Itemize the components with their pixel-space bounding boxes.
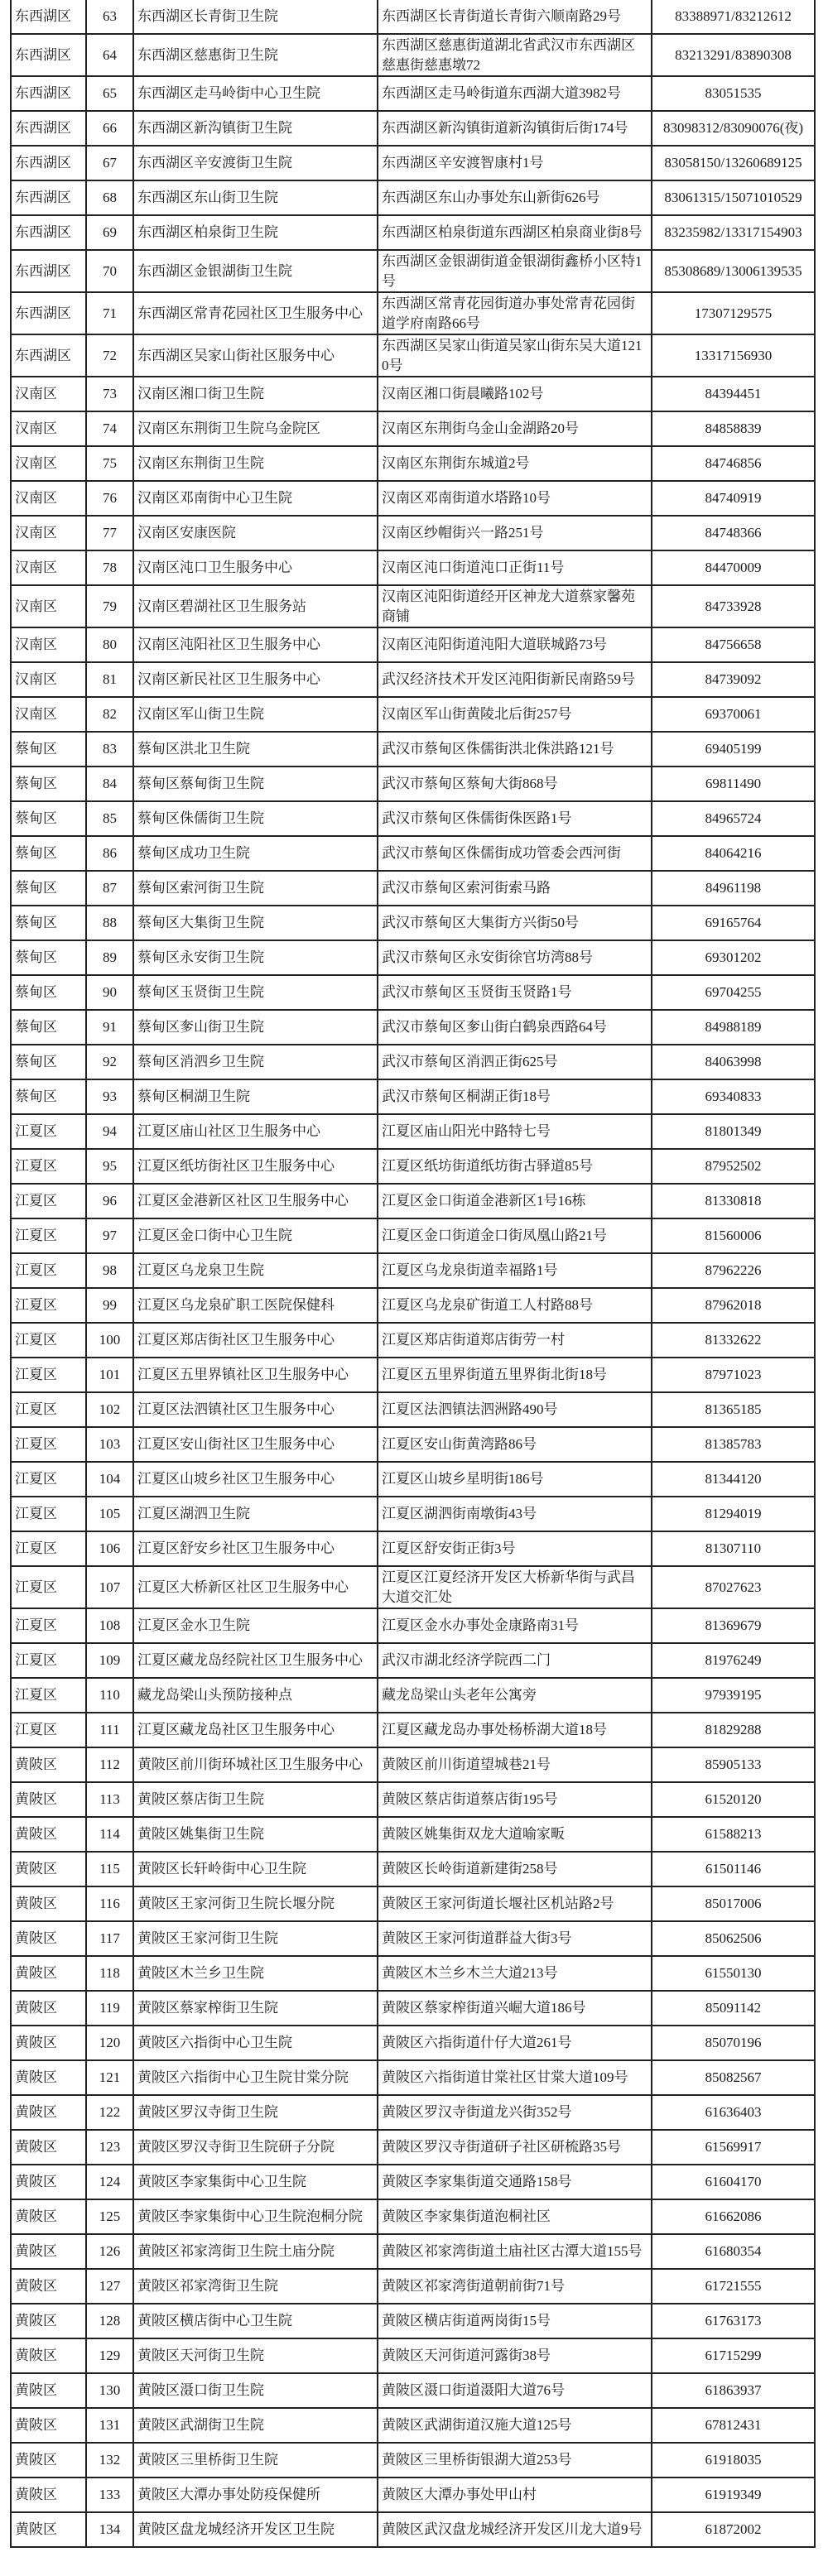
phone-cell: 81294019 bbox=[652, 1497, 815, 1531]
phone-cell: 84858839 bbox=[652, 411, 815, 446]
table-row: 黄陂区 134 黄陂区盘龙城经济开发区卫生院 黄陂区武汉盘龙城经济开发区川龙大道… bbox=[11, 2512, 815, 2547]
facility-name-cell: 黄陂区王家河街卫生院 bbox=[133, 1921, 378, 1956]
district-cell: 江夏区 bbox=[11, 1392, 86, 1427]
table-row: 黄陂区 133 黄陂区大潭办事处防疫保健所 黄陂区大潭办事处甲山村 619193… bbox=[11, 2477, 815, 2512]
row-number-cell: 123 bbox=[86, 2130, 133, 2165]
table-row: 蔡甸区 88 蔡甸区大集街卫生院 武汉市蔡甸区大集街方兴街50号 6916576… bbox=[11, 906, 815, 940]
facility-name-cell: 汉南区碧湖社区卫生服务站 bbox=[133, 585, 378, 627]
district-cell: 东西湖区 bbox=[11, 34, 86, 76]
district-cell: 黄陂区 bbox=[11, 2443, 86, 2477]
table-row: 汉南区 80 汉南区沌阳社区卫生服务中心 汉南区沌阳街道沌阳大道联城路73号 8… bbox=[11, 627, 815, 662]
district-cell: 黄陂区 bbox=[11, 2026, 86, 2060]
row-number-cell: 63 bbox=[86, 0, 133, 34]
row-number-cell: 77 bbox=[86, 516, 133, 550]
table-row: 江夏区 102 江夏区法泗镇社区卫生服务中心 江夏区法泗镇法泗洲路490号 81… bbox=[11, 1392, 815, 1427]
table-row: 东西湖区 69 东西湖区柏泉街卫生院 东西湖区柏泉街道东西湖区柏泉商业街8号 8… bbox=[11, 215, 815, 250]
table-row: 江夏区 96 江夏区金港新区社区卫生服务中心 江夏区金口街道金港新区1号16栋 … bbox=[11, 1184, 815, 1218]
row-number-cell: 68 bbox=[86, 180, 133, 215]
facility-name-cell: 江夏区庙山社区卫生服务中心 bbox=[133, 1114, 378, 1149]
district-cell: 东西湖区 bbox=[11, 111, 86, 146]
district-cell: 江夏区 bbox=[11, 1497, 86, 1531]
table-row: 东西湖区 65 东西湖区走马岭街中心卫生院 东西湖区走马岭街道东西湖大道3982… bbox=[11, 76, 815, 111]
phone-cell: 84756658 bbox=[652, 627, 815, 662]
row-number-cell: 113 bbox=[86, 1782, 133, 1817]
district-cell: 黄陂区 bbox=[11, 2408, 86, 2443]
phone-cell: 61550130 bbox=[652, 1956, 815, 1991]
facility-name-cell: 汉南区沌阳社区卫生服务中心 bbox=[133, 627, 378, 662]
address-cell: 黄陂区大潭办事处甲山村 bbox=[378, 2477, 652, 2512]
phone-cell: 85062506 bbox=[652, 1921, 815, 1956]
phone-cell: 61636403 bbox=[652, 2095, 815, 2130]
row-number-cell: 115 bbox=[86, 1852, 133, 1886]
facility-name-cell: 蔡甸区永安街卫生院 bbox=[133, 940, 378, 975]
table-row: 蔡甸区 90 蔡甸区玉贤街卫生院 武汉市蔡甸区玉贤街玉贤路1号 69704255 bbox=[11, 975, 815, 1010]
phone-cell: 83235982/13317154903 bbox=[652, 215, 815, 250]
row-number-cell: 75 bbox=[86, 446, 133, 481]
phone-cell: 61569917 bbox=[652, 2130, 815, 2165]
district-cell: 黄陂区 bbox=[11, 2060, 86, 2095]
table-row: 江夏区 110 藏龙岛梁山头预防接种点 藏龙岛梁山头老年公寓旁 97939195 bbox=[11, 1678, 815, 1713]
phone-cell: 61662086 bbox=[652, 2199, 815, 2234]
phone-cell: 85082567 bbox=[652, 2060, 815, 2095]
address-cell: 武汉市蔡甸区索河街索马路 bbox=[378, 871, 652, 906]
address-cell: 江夏区法泗镇法泗洲路490号 bbox=[378, 1392, 652, 1427]
facility-name-cell: 蔡甸区蔡甸街卫生院 bbox=[133, 767, 378, 801]
row-number-cell: 82 bbox=[86, 697, 133, 732]
phone-cell: 84733928 bbox=[652, 585, 815, 627]
address-cell: 东西湖区吴家山街道吴家山街东吴大道1210号 bbox=[378, 334, 652, 377]
district-cell: 江夏区 bbox=[11, 1713, 86, 1747]
address-cell: 武汉市蔡甸区大集街方兴街50号 bbox=[378, 906, 652, 940]
row-number-cell: 130 bbox=[86, 2373, 133, 2408]
address-cell: 江夏区藏龙岛办事处杨桥湖大道18号 bbox=[378, 1713, 652, 1747]
facility-name-cell: 黄陂区姚集街卫生院 bbox=[133, 1817, 378, 1852]
address-cell: 江夏区庙山阳光中路特七号 bbox=[378, 1114, 652, 1149]
address-cell: 东西湖区柏泉街道东西湖区柏泉商业街8号 bbox=[378, 215, 652, 250]
row-number-cell: 100 bbox=[86, 1323, 133, 1358]
facility-name-cell: 蔡甸区索河街卫生院 bbox=[133, 871, 378, 906]
facility-name-cell: 蔡甸区奓山街卫生院 bbox=[133, 1010, 378, 1045]
facility-name-cell: 蔡甸区大集街卫生院 bbox=[133, 906, 378, 940]
address-cell: 武汉经济技术开发区沌阳街新民南路59号 bbox=[378, 662, 652, 697]
row-number-cell: 102 bbox=[86, 1392, 133, 1427]
row-number-cell: 126 bbox=[86, 2234, 133, 2269]
row-number-cell: 89 bbox=[86, 940, 133, 975]
row-number-cell: 112 bbox=[86, 1747, 133, 1782]
facility-name-cell: 东西湖区柏泉街卫生院 bbox=[133, 215, 378, 250]
facility-name-cell: 黄陂区祁家湾街卫生院 bbox=[133, 2269, 378, 2304]
facility-name-cell: 江夏区藏龙岛经院社区卫生服务中心 bbox=[133, 1643, 378, 1678]
row-number-cell: 70 bbox=[86, 250, 133, 292]
table-row: 黄陂区 130 黄陂区滠口街卫生院 黄陂区滠口街道滠阳大道76号 6186393… bbox=[11, 2373, 815, 2408]
table-row: 东西湖区 63 东西湖区长青街卫生院 东西湖区长青街道长青街六顺南路29号 83… bbox=[11, 0, 815, 34]
facility-name-cell: 蔡甸区桐湖卫生院 bbox=[133, 1079, 378, 1114]
phone-cell: 81332622 bbox=[652, 1323, 815, 1358]
row-number-cell: 73 bbox=[86, 377, 133, 411]
address-cell: 武汉市湖北经济学院西二门 bbox=[378, 1643, 652, 1678]
facility-name-cell: 江夏区金水卫生院 bbox=[133, 1608, 378, 1643]
row-number-cell: 64 bbox=[86, 34, 133, 76]
facility-name-cell: 藏龙岛梁山头预防接种点 bbox=[133, 1678, 378, 1713]
district-cell: 江夏区 bbox=[11, 1678, 86, 1713]
address-cell: 江夏区郑店街道郑店街劳一村 bbox=[378, 1323, 652, 1358]
district-cell: 汉南区 bbox=[11, 411, 86, 446]
row-number-cell: 91 bbox=[86, 1010, 133, 1045]
table-row: 蔡甸区 89 蔡甸区永安街卫生院 武汉市蔡甸区永安街徐官坊湾88号 693012… bbox=[11, 940, 815, 975]
row-number-cell: 88 bbox=[86, 906, 133, 940]
row-number-cell: 118 bbox=[86, 1956, 133, 1991]
district-cell: 汉南区 bbox=[11, 377, 86, 411]
district-cell: 江夏区 bbox=[11, 1253, 86, 1288]
row-number-cell: 134 bbox=[86, 2512, 133, 2547]
district-cell: 蔡甸区 bbox=[11, 801, 86, 836]
phone-cell: 87962226 bbox=[652, 1253, 815, 1288]
phone-cell: 87971023 bbox=[652, 1358, 815, 1392]
district-cell: 江夏区 bbox=[11, 1427, 86, 1462]
district-cell: 黄陂区 bbox=[11, 2304, 86, 2338]
phone-cell: 83213291/83890308 bbox=[652, 34, 815, 76]
phone-cell: 69165764 bbox=[652, 906, 815, 940]
address-cell: 藏龙岛梁山头老年公寓旁 bbox=[378, 1678, 652, 1713]
table-row: 江夏区 104 江夏区山坡乡社区卫生服务中心 江夏区山坡乡星明街186号 813… bbox=[11, 1462, 815, 1497]
phone-cell: 85070196 bbox=[652, 2026, 815, 2060]
phone-cell: 81344120 bbox=[652, 1462, 815, 1497]
district-cell: 东西湖区 bbox=[11, 215, 86, 250]
table-row: 黄陂区 112 黄陂区前川街环城社区卫生服务中心 黄陂区前川街道望城巷21号 8… bbox=[11, 1747, 815, 1782]
facility-name-cell: 东西湖区常青花园社区卫生服务中心 bbox=[133, 292, 378, 334]
address-cell: 黄陂区李家集街道交通路158号 bbox=[378, 2165, 652, 2199]
facility-name-cell: 江夏区乌龙泉卫生院 bbox=[133, 1253, 378, 1288]
district-cell: 黄陂区 bbox=[11, 2338, 86, 2373]
facility-name-cell: 江夏区五里界镇社区卫生服务中心 bbox=[133, 1358, 378, 1392]
facility-name-cell: 黄陂区李家集街中心卫生院 bbox=[133, 2165, 378, 2199]
row-number-cell: 114 bbox=[86, 1817, 133, 1852]
district-cell: 东西湖区 bbox=[11, 146, 86, 180]
address-cell: 黄陂区横店街道两岗街15号 bbox=[378, 2304, 652, 2338]
phone-cell: 61520120 bbox=[652, 1782, 815, 1817]
district-cell: 蔡甸区 bbox=[11, 1010, 86, 1045]
phone-cell: 83058150/13260689125 bbox=[652, 146, 815, 180]
row-number-cell: 121 bbox=[86, 2060, 133, 2095]
table-row: 江夏区 94 江夏区庙山社区卫生服务中心 江夏区庙山阳光中路特七号 818013… bbox=[11, 1114, 815, 1149]
phone-cell: 84965724 bbox=[652, 801, 815, 836]
table-row: 汉南区 78 汉南区沌口卫生服务中心 汉南区沌口街道沌口正街11号 844700… bbox=[11, 550, 815, 585]
address-cell: 武汉市蔡甸区消泗正街625号 bbox=[378, 1045, 652, 1079]
address-cell: 黄陂区长岭街道新建街258号 bbox=[378, 1852, 652, 1886]
address-cell: 武汉市蔡甸区永安街徐官坊湾88号 bbox=[378, 940, 652, 975]
address-cell: 武汉市蔡甸区侏儒街洪北侏洪路121号 bbox=[378, 732, 652, 767]
row-number-cell: 109 bbox=[86, 1643, 133, 1678]
address-cell: 黄陂区六指街道甘棠社区甘棠大道109号 bbox=[378, 2060, 652, 2095]
row-number-cell: 81 bbox=[86, 662, 133, 697]
facility-name-cell: 江夏区安山街社区卫生服务中心 bbox=[133, 1427, 378, 1462]
address-cell: 汉南区东荆街东城道2号 bbox=[378, 446, 652, 481]
row-number-cell: 93 bbox=[86, 1079, 133, 1114]
district-cell: 黄陂区 bbox=[11, 2373, 86, 2408]
phone-cell: 81369679 bbox=[652, 1608, 815, 1643]
row-number-cell: 106 bbox=[86, 1531, 133, 1566]
row-number-cell: 96 bbox=[86, 1184, 133, 1218]
address-cell: 江夏区乌龙泉街道幸福路1号 bbox=[378, 1253, 652, 1288]
district-cell: 江夏区 bbox=[11, 1358, 86, 1392]
table-row: 黄陂区 116 黄陂区王家河街卫生院长堰分院 黄陂区王家河街道长堰社区机站路2号… bbox=[11, 1886, 815, 1921]
row-number-cell: 101 bbox=[86, 1358, 133, 1392]
phone-cell: 81801349 bbox=[652, 1114, 815, 1149]
table-row: 黄陂区 119 黄陂区蔡家榨街卫生院 黄陂区蔡家榨街道兴崛大道186号 8509… bbox=[11, 1991, 815, 2026]
row-number-cell: 97 bbox=[86, 1218, 133, 1253]
facility-name-cell: 黄陂区盘龙城经济开发区卫生院 bbox=[133, 2512, 378, 2547]
facility-name-cell: 黄陂区罗汉寺街卫生院 bbox=[133, 2095, 378, 2130]
district-cell: 江夏区 bbox=[11, 1531, 86, 1566]
address-cell: 江夏区金水办事处金康路南31号 bbox=[378, 1608, 652, 1643]
phone-cell: 84740919 bbox=[652, 481, 815, 516]
address-cell: 东西湖区长青街道长青街六顺南路29号 bbox=[378, 0, 652, 34]
row-number-cell: 110 bbox=[86, 1678, 133, 1713]
table-row: 汉南区 73 汉南区湘口街卫生院 汉南区湘口街晨曦路102号 84394451 bbox=[11, 377, 815, 411]
facility-name-cell: 黄陂区长轩岭街中心卫生院 bbox=[133, 1852, 378, 1886]
facility-name-cell: 黄陂区王家河街卫生院长堰分院 bbox=[133, 1886, 378, 1921]
phone-cell: 85905133 bbox=[652, 1747, 815, 1782]
table-row: 汉南区 81 汉南区新民社区卫生服务中心 武汉经济技术开发区沌阳街新民南路59号… bbox=[11, 662, 815, 697]
facility-name-cell: 东西湖区东山街卫生院 bbox=[133, 180, 378, 215]
facility-name-cell: 汉南区安康医院 bbox=[133, 516, 378, 550]
address-cell: 黄陂区王家河街道群益大街3号 bbox=[378, 1921, 652, 1956]
district-cell: 东西湖区 bbox=[11, 76, 86, 111]
table-row: 黄陂区 131 黄陂区武湖街卫生院 黄陂区武湖街道汉施大道125号 678124… bbox=[11, 2408, 815, 2443]
district-cell: 江夏区 bbox=[11, 1114, 86, 1149]
address-cell: 江夏区舒安街正街3号 bbox=[378, 1531, 652, 1566]
table-row: 汉南区 74 汉南区东荆街卫生院乌金院区 汉南区东荆街乌金山金湖路20号 848… bbox=[11, 411, 815, 446]
phone-cell: 13317156930 bbox=[652, 334, 815, 377]
district-cell: 江夏区 bbox=[11, 1218, 86, 1253]
row-number-cell: 129 bbox=[86, 2338, 133, 2373]
table-row: 蔡甸区 87 蔡甸区索河街卫生院 武汉市蔡甸区索河街索马路 84961198 bbox=[11, 871, 815, 906]
table-row: 黄陂区 118 黄陂区木兰乡卫生院 黄陂区木兰乡木兰大道213号 6155013… bbox=[11, 1956, 815, 1991]
phone-cell: 61715299 bbox=[652, 2338, 815, 2373]
row-number-cell: 67 bbox=[86, 146, 133, 180]
phone-cell: 84394451 bbox=[652, 377, 815, 411]
table-row: 蔡甸区 83 蔡甸区洪北卫生院 武汉市蔡甸区侏儒街洪北侏洪路121号 69405… bbox=[11, 732, 815, 767]
district-cell: 黄陂区 bbox=[11, 1921, 86, 1956]
facility-name-cell: 黄陂区三里桥街卫生院 bbox=[133, 2443, 378, 2477]
table-row: 江夏区 103 江夏区安山街社区卫生服务中心 江夏区安山街黄湾路86号 8138… bbox=[11, 1427, 815, 1462]
phone-cell: 61588213 bbox=[652, 1817, 815, 1852]
phone-cell: 69405199 bbox=[652, 732, 815, 767]
row-number-cell: 119 bbox=[86, 1991, 133, 2026]
phone-cell: 87952502 bbox=[652, 1149, 815, 1184]
phone-cell: 84064216 bbox=[652, 836, 815, 871]
district-cell: 蔡甸区 bbox=[11, 1079, 86, 1114]
phone-cell: 84063998 bbox=[652, 1045, 815, 1079]
table-row: 汉南区 82 汉南区军山街卫生院 汉南区军山街黄陵北后街257号 6937006… bbox=[11, 697, 815, 732]
table-row: 汉南区 76 汉南区邓南街中心卫生院 汉南区邓南街道水塔路10号 8474091… bbox=[11, 481, 815, 516]
table-row: 江夏区 108 江夏区金水卫生院 江夏区金水办事处金康路南31号 8136967… bbox=[11, 1608, 815, 1643]
address-cell: 黄陂区武湖街道汉施大道125号 bbox=[378, 2408, 652, 2443]
row-number-cell: 116 bbox=[86, 1886, 133, 1921]
row-number-cell: 108 bbox=[86, 1608, 133, 1643]
address-cell: 黄陂区祁家湾街道朝前街71号 bbox=[378, 2269, 652, 2304]
facility-name-cell: 黄陂区祁家湾街卫生院土庙分院 bbox=[133, 2234, 378, 2269]
facility-name-cell: 东西湖区慈惠街卫生院 bbox=[133, 34, 378, 76]
address-cell: 江夏区江夏经济开发区大桥新华街与武昌大道交汇处 bbox=[378, 1566, 652, 1608]
row-number-cell: 124 bbox=[86, 2165, 133, 2199]
row-number-cell: 86 bbox=[86, 836, 133, 871]
district-cell: 蔡甸区 bbox=[11, 940, 86, 975]
district-cell: 江夏区 bbox=[11, 1323, 86, 1358]
phone-cell: 69811490 bbox=[652, 767, 815, 801]
district-cell: 蔡甸区 bbox=[11, 906, 86, 940]
row-number-cell: 66 bbox=[86, 111, 133, 146]
row-number-cell: 107 bbox=[86, 1566, 133, 1608]
district-cell: 汉南区 bbox=[11, 697, 86, 732]
district-cell: 江夏区 bbox=[11, 1566, 86, 1608]
facility-name-cell: 蔡甸区侏儒街卫生院 bbox=[133, 801, 378, 836]
table-row: 江夏区 105 江夏区湖泗卫生院 江夏区湖泗街南墩街43号 81294019 bbox=[11, 1497, 815, 1531]
phone-cell: 84746856 bbox=[652, 446, 815, 481]
address-cell: 东西湖区辛安渡智康村1号 bbox=[378, 146, 652, 180]
phone-cell: 69370061 bbox=[652, 697, 815, 732]
phone-cell: 84739092 bbox=[652, 662, 815, 697]
phone-cell: 81330818 bbox=[652, 1184, 815, 1218]
district-cell: 汉南区 bbox=[11, 627, 86, 662]
phone-cell: 81560006 bbox=[652, 1218, 815, 1253]
district-cell: 江夏区 bbox=[11, 1608, 86, 1643]
table-row: 东西湖区 66 东西湖区新沟镇街卫生院 东西湖区新沟镇街道新沟镇街后街174号 … bbox=[11, 111, 815, 146]
facility-name-cell: 东西湖区辛安渡街卫生院 bbox=[133, 146, 378, 180]
facility-name-cell: 黄陂区木兰乡卫生院 bbox=[133, 1956, 378, 1991]
row-number-cell: 72 bbox=[86, 334, 133, 377]
address-cell: 黄陂区罗汉寺街道龙兴街352号 bbox=[378, 2095, 652, 2130]
facility-name-cell: 黄陂区蔡店街卫生院 bbox=[133, 1782, 378, 1817]
facility-name-cell: 东西湖区吴家山街社区服务中心 bbox=[133, 334, 378, 377]
table-row: 东西湖区 68 东西湖区东山街卫生院 东西湖区东山办事处东山新街626号 830… bbox=[11, 180, 815, 215]
address-cell: 黄陂区李家集街道泡桐社区 bbox=[378, 2199, 652, 2234]
address-cell: 黄陂区前川街道望城巷21号 bbox=[378, 1747, 652, 1782]
phone-cell: 61721555 bbox=[652, 2269, 815, 2304]
row-number-cell: 111 bbox=[86, 1713, 133, 1747]
facility-name-cell: 黄陂区蔡家榨街卫生院 bbox=[133, 1991, 378, 2026]
facility-name-cell: 江夏区大桥新区社区卫生服务中心 bbox=[133, 1566, 378, 1608]
address-cell: 东西湖区慈惠街道湖北省武汉市东西湖区慈惠街慈惠墩72 bbox=[378, 34, 652, 76]
phone-cell: 61918035 bbox=[652, 2443, 815, 2477]
district-cell: 江夏区 bbox=[11, 1462, 86, 1497]
table-row: 黄陂区 124 黄陂区李家集街中心卫生院 黄陂区李家集街道交通路158号 616… bbox=[11, 2165, 815, 2199]
district-cell: 黄陂区 bbox=[11, 1782, 86, 1817]
facility-name-cell: 黄陂区滠口街卫生院 bbox=[133, 2373, 378, 2408]
row-number-cell: 71 bbox=[86, 292, 133, 334]
district-cell: 江夏区 bbox=[11, 1184, 86, 1218]
facility-name-cell: 东西湖区金银湖街卫生院 bbox=[133, 250, 378, 292]
table-row: 蔡甸区 92 蔡甸区消泗乡卫生院 武汉市蔡甸区消泗正街625号 84063998 bbox=[11, 1045, 815, 1079]
table-row: 蔡甸区 91 蔡甸区奓山街卫生院 武汉市蔡甸区奓山街白鹤泉西路64号 84988… bbox=[11, 1010, 815, 1045]
row-number-cell: 95 bbox=[86, 1149, 133, 1184]
district-cell: 黄陂区 bbox=[11, 2477, 86, 2512]
table-row: 汉南区 77 汉南区安康医院 汉南区纱帽街兴一路251号 84748366 bbox=[11, 516, 815, 550]
phone-cell: 84470009 bbox=[652, 550, 815, 585]
district-cell: 江夏区 bbox=[11, 1288, 86, 1323]
district-cell: 东西湖区 bbox=[11, 250, 86, 292]
district-cell: 东西湖区 bbox=[11, 334, 86, 377]
phone-cell: 61501146 bbox=[652, 1852, 815, 1886]
facility-name-cell: 蔡甸区洪北卫生院 bbox=[133, 732, 378, 767]
address-cell: 汉南区邓南街道水塔路10号 bbox=[378, 481, 652, 516]
table-row: 江夏区 109 江夏区藏龙岛经院社区卫生服务中心 武汉市湖北经济学院西二门 81… bbox=[11, 1643, 815, 1678]
row-number-cell: 76 bbox=[86, 481, 133, 516]
facility-name-cell: 汉南区沌口卫生服务中心 bbox=[133, 550, 378, 585]
table-row: 汉南区 75 汉南区东荆街卫生院 汉南区东荆街东城道2号 84746856 bbox=[11, 446, 815, 481]
row-number-cell: 80 bbox=[86, 627, 133, 662]
table-row: 东西湖区 72 东西湖区吴家山街社区服务中心 东西湖区吴家山街道吴家山街东吴大道… bbox=[11, 334, 815, 377]
row-number-cell: 90 bbox=[86, 975, 133, 1010]
district-cell: 黄陂区 bbox=[11, 2234, 86, 2269]
table-row: 江夏区 98 江夏区乌龙泉卫生院 江夏区乌龙泉街道幸福路1号 87962226 bbox=[11, 1253, 815, 1288]
table-row: 江夏区 100 江夏区郑店街社区卫生服务中心 江夏区郑店街道郑店街劳一村 813… bbox=[11, 1323, 815, 1358]
phone-cell: 61680354 bbox=[652, 2234, 815, 2269]
row-number-cell: 122 bbox=[86, 2095, 133, 2130]
row-number-cell: 127 bbox=[86, 2269, 133, 2304]
table-row: 黄陂区 126 黄陂区祁家湾街卫生院土庙分院 黄陂区祁家湾街道土庙社区古潭大道1… bbox=[11, 2234, 815, 2269]
phone-cell: 87962018 bbox=[652, 1288, 815, 1323]
facility-name-cell: 黄陂区天河街卫生院 bbox=[133, 2338, 378, 2373]
table-row: 黄陂区 127 黄陂区祁家湾街卫生院 黄陂区祁家湾街道朝前街71号 617215… bbox=[11, 2269, 815, 2304]
table-row: 黄陂区 120 黄陂区六指街中心卫生院 黄陂区六指街道什仔大道261号 8507… bbox=[11, 2026, 815, 2060]
address-cell: 江夏区金口街道金口街凤凰山路21号 bbox=[378, 1218, 652, 1253]
facility-name-cell: 江夏区金港新区社区卫生服务中心 bbox=[133, 1184, 378, 1218]
row-number-cell: 94 bbox=[86, 1114, 133, 1149]
row-number-cell: 65 bbox=[86, 76, 133, 111]
phone-cell: 84961198 bbox=[652, 871, 815, 906]
phone-cell: 61604170 bbox=[652, 2165, 815, 2199]
row-number-cell: 104 bbox=[86, 1462, 133, 1497]
table-row: 江夏区 97 江夏区金口街中心卫生院 江夏区金口街道金口街凤凰山路21号 815… bbox=[11, 1218, 815, 1253]
row-number-cell: 79 bbox=[86, 585, 133, 627]
district-cell: 东西湖区 bbox=[11, 0, 86, 34]
table-row: 黄陂区 132 黄陂区三里桥街卫生院 黄陂区三里桥街银湖大道253号 61918… bbox=[11, 2443, 815, 2477]
address-cell: 江夏区山坡乡星明街186号 bbox=[378, 1462, 652, 1497]
address-cell: 黄陂区木兰乡木兰大道213号 bbox=[378, 1956, 652, 1991]
table-row: 蔡甸区 86 蔡甸区成功卫生院 武汉市蔡甸区侏儒街成功管委会西河街 840642… bbox=[11, 836, 815, 871]
address-cell: 黄陂区王家河街道长堰社区机站路2号 bbox=[378, 1886, 652, 1921]
address-cell: 黄陂区罗汉寺街道研子社区研梳路35号 bbox=[378, 2130, 652, 2165]
table-row: 黄陂区 123 黄陂区罗汉寺街卫生院研子分院 黄陂区罗汉寺街道研子社区研梳路35… bbox=[11, 2130, 815, 2165]
table-row: 江夏区 107 江夏区大桥新区社区卫生服务中心 江夏区江夏经济开发区大桥新华街与… bbox=[11, 1566, 815, 1608]
district-cell: 黄陂区 bbox=[11, 2199, 86, 2234]
table-row: 黄陂区 117 黄陂区王家河街卫生院 黄陂区王家河街道群益大街3号 850625… bbox=[11, 1921, 815, 1956]
district-cell: 东西湖区 bbox=[11, 292, 86, 334]
address-cell: 汉南区沌阳街道沌阳大道联城路73号 bbox=[378, 627, 652, 662]
district-cell: 蔡甸区 bbox=[11, 836, 86, 871]
row-number-cell: 84 bbox=[86, 767, 133, 801]
facility-name-cell: 蔡甸区成功卫生院 bbox=[133, 836, 378, 871]
address-cell: 黄陂区姚集街双龙大道喻家畈 bbox=[378, 1817, 652, 1852]
table-row: 黄陂区 115 黄陂区长轩岭街中心卫生院 黄陂区长岭街道新建街258号 6150… bbox=[11, 1852, 815, 1886]
district-cell: 黄陂区 bbox=[11, 1817, 86, 1852]
facility-name-cell: 黄陂区六指街中心卫生院 bbox=[133, 2026, 378, 2060]
address-cell: 武汉市蔡甸区侏儒街侏医路1号 bbox=[378, 801, 652, 836]
phone-cell: 69301202 bbox=[652, 940, 815, 975]
phone-cell: 85091142 bbox=[652, 1991, 815, 2026]
facility-name-cell: 东西湖区长青街卫生院 bbox=[133, 0, 378, 34]
address-cell: 江夏区金口街道金港新区1号16栋 bbox=[378, 1184, 652, 1218]
table-row: 江夏区 99 江夏区乌龙泉矿职工医院保健科 江夏区乌龙泉矿街道工人村路88号 8… bbox=[11, 1288, 815, 1323]
phone-cell: 69704255 bbox=[652, 975, 815, 1010]
district-cell: 黄陂区 bbox=[11, 2165, 86, 2199]
address-cell: 东西湖区新沟镇街道新沟镇街后街174号 bbox=[378, 111, 652, 146]
facility-name-cell: 黄陂区横店街中心卫生院 bbox=[133, 2304, 378, 2338]
facility-name-cell: 黄陂区大潭办事处防疫保健所 bbox=[133, 2477, 378, 2512]
address-cell: 武汉市蔡甸区玉贤街玉贤路1号 bbox=[378, 975, 652, 1010]
address-cell: 黄陂区武汉盘龙城经济开发区川龙大道9号 bbox=[378, 2512, 652, 2547]
